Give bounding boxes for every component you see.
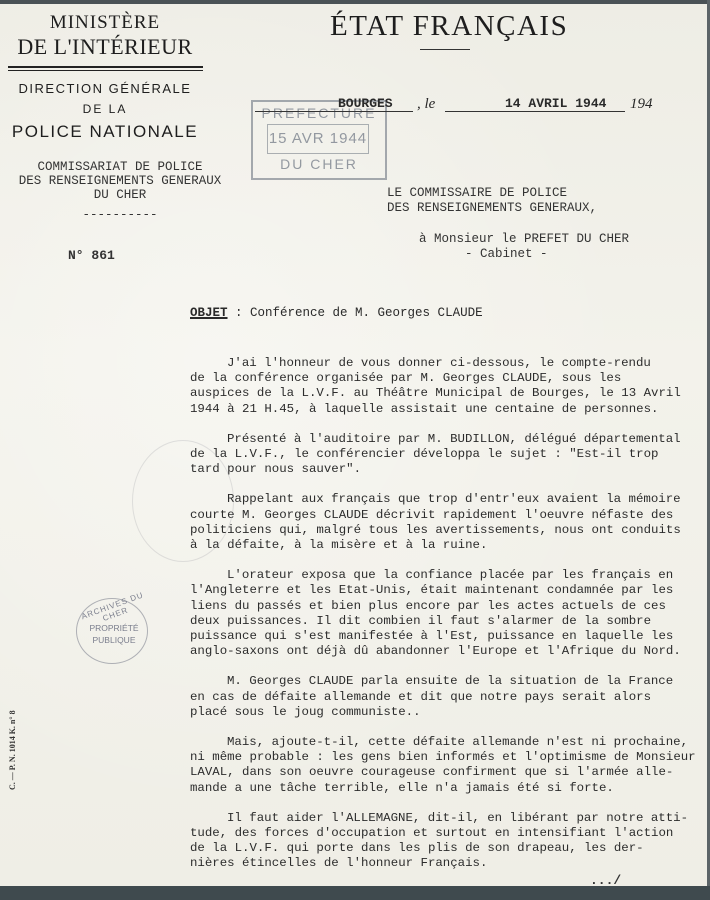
de-la-line: DE LA	[0, 102, 210, 116]
stamp-date: 15 AVR 1944	[268, 125, 368, 153]
document-page: MINISTÈRE DE L'INTÉRIEUR DIRECTION GÉNÉR…	[0, 0, 710, 900]
body-line: mande a une tâche terrible, elle n'a jam…	[190, 781, 700, 796]
body-line: placé sous le joug communiste..	[190, 705, 700, 720]
body-line: 1944 à 21 H.45, à laquelle assistait une…	[190, 402, 700, 417]
body-line: L'orateur exposa que la confiance placée…	[190, 568, 700, 583]
letter-body: J'ai l'honneur de vous donner ci-dessous…	[190, 356, 700, 887]
date-rule	[445, 111, 625, 112]
subject-text: Conférence de M. Georges CLAUDE	[250, 306, 483, 320]
body-paragraph: Il faut aider l'ALLEMAGNE, dit-il, en li…	[190, 811, 700, 872]
body-line: de la conférence organisée par M. George…	[190, 371, 700, 386]
body-line: LAVAL, dans son oeuvre courageuse confir…	[190, 765, 700, 780]
body-line: nières étincelles de l'honneur Français.	[190, 856, 700, 871]
body-line: politiciens qui, malgré tous les avertis…	[190, 523, 700, 538]
issuer-dash: ----------	[0, 208, 240, 222]
date-le: , le	[417, 96, 435, 113]
direction-line: DIRECTION GÉNÉRALE	[0, 81, 210, 96]
body-line: auspices de la L.V.F. au Théâtre Municip…	[190, 386, 700, 401]
subject-label: OBJET	[190, 306, 228, 320]
body-line: en cas de défaite allemande et dit que n…	[190, 690, 700, 705]
addressee-block: à Monsieur le PREFET DU CHER - Cabinet -	[419, 232, 629, 261]
subject-line: OBJET : Conférence de M. Georges CLAUDE	[190, 306, 483, 320]
date-place: BOURGES	[338, 96, 393, 111]
police-line: POLICE NATIONALE	[0, 122, 210, 142]
body-line: Mais, ajoute-t-il, cette défaite alleman…	[190, 735, 700, 750]
body-line: anglo-saxons ont déjà dû abandonner l'Eu…	[190, 644, 700, 659]
archive-stamp-line1: PROPRIÉTÉ	[87, 623, 141, 633]
body-paragraph: J'ai l'honneur de vous donner ci-dessous…	[190, 356, 700, 417]
body-paragraph: M. Georges CLAUDE parla ensuite de la si…	[190, 674, 700, 720]
body-line: de la L.V.F., le conférencier développa …	[190, 447, 700, 462]
body-line: de la L.V.F. qui porte dans les plis de …	[190, 841, 700, 856]
body-line: Présenté à l'auditoire par M. BUDILLON, …	[190, 432, 700, 447]
state-rule	[420, 49, 470, 50]
body-line: deux puissances. Il dit combien il faut …	[190, 614, 700, 629]
letterhead-ministry: MINISTÈRE DE L'INTÉRIEUR DIRECTION GÉNÉR…	[0, 8, 210, 142]
body-line: puissance qui s'est manifestée à l'Est, …	[190, 629, 700, 644]
place-rule	[255, 111, 413, 112]
body-line: J'ai l'honneur de vous donner ci-dessous…	[190, 356, 700, 371]
body-paragraph: L'orateur exposa que la confiance placée…	[190, 568, 700, 659]
date-year-prefix: 194	[630, 96, 653, 113]
state-heading: ÉTAT FRANÇAIS	[330, 10, 568, 43]
issuer-line: DU CHER	[0, 188, 240, 202]
sender-line: LE COMMISSAIRE DE POLICE	[387, 186, 597, 201]
archive-stamp-line2: PUBLIQUE	[87, 635, 141, 645]
body-line: ni même probable : les gens bien informé…	[190, 750, 700, 765]
scan-top-edge	[0, 0, 710, 4]
issuing-office: COMMISSARIAT DE POLICE DES RENSEIGNEMENT…	[0, 160, 240, 222]
body-paragraph: Mais, ajoute-t-il, cette défaite alleman…	[190, 735, 700, 796]
archive-stamp: ARCHIVES DU CHER PROPRIÉTÉ PUBLIQUE	[76, 598, 148, 664]
letterhead-rule	[8, 66, 203, 71]
body-line: tard pour nous sauver".	[190, 462, 700, 477]
ministry-line2: DE L'INTÉRIEUR	[0, 34, 210, 60]
reference-number: N° 861	[68, 248, 115, 263]
sender-block: LE COMMISSAIRE DE POLICE DES RENSEIGNEME…	[387, 186, 597, 215]
addressee-line: à Monsieur le PREFET DU CHER	[419, 232, 629, 247]
scan-bottom-edge	[0, 886, 710, 900]
sender-line: DES RENSEIGNEMENTS GENERAUX,	[387, 201, 597, 216]
body-paragraph: Rappelant aux français que trop d'entr'e…	[190, 492, 700, 553]
dateline: BOURGES , le 14 AVRIL 1944 194	[255, 96, 645, 116]
body-line: liens du passés et bien plus encore par …	[190, 599, 700, 614]
addressee-cabinet: - Cabinet -	[419, 247, 629, 262]
ministry-line1: MINISTÈRE	[0, 12, 210, 34]
body-line: l'Angleterre et les Etat-Unis, était mai…	[190, 583, 700, 598]
body-line: tude, des forces d'occupation et surtout…	[190, 826, 700, 841]
issuer-line: DES RENSEIGNEMENTS GENERAUX	[0, 174, 240, 188]
subject-separator: :	[228, 306, 251, 320]
body-line: à la défaite, à la misère et à la ruine.	[190, 538, 700, 553]
printer-mark: C. — P. N. 1014 K. n° 8	[8, 710, 17, 790]
body-line: courte M. Georges CLAUDE décrivit rapide…	[190, 508, 700, 523]
stamp-bottom-text: DU CHER	[253, 156, 385, 172]
body-line: Il faut aider l'ALLEMAGNE, dit-il, en li…	[190, 811, 700, 826]
body-line: Rappelant aux français que trop d'entr'e…	[190, 492, 700, 507]
issuer-line: COMMISSARIAT DE POLICE	[0, 160, 240, 174]
faded-stamp	[132, 440, 234, 562]
date-value: 14 AVRIL 1944	[505, 96, 606, 111]
body-paragraph: Présenté à l'auditoire par M. BUDILLON, …	[190, 432, 700, 478]
stamp-date-box: 15 AVR 1944	[267, 124, 369, 154]
body-line: M. Georges CLAUDE parla ensuite de la si…	[190, 674, 700, 689]
